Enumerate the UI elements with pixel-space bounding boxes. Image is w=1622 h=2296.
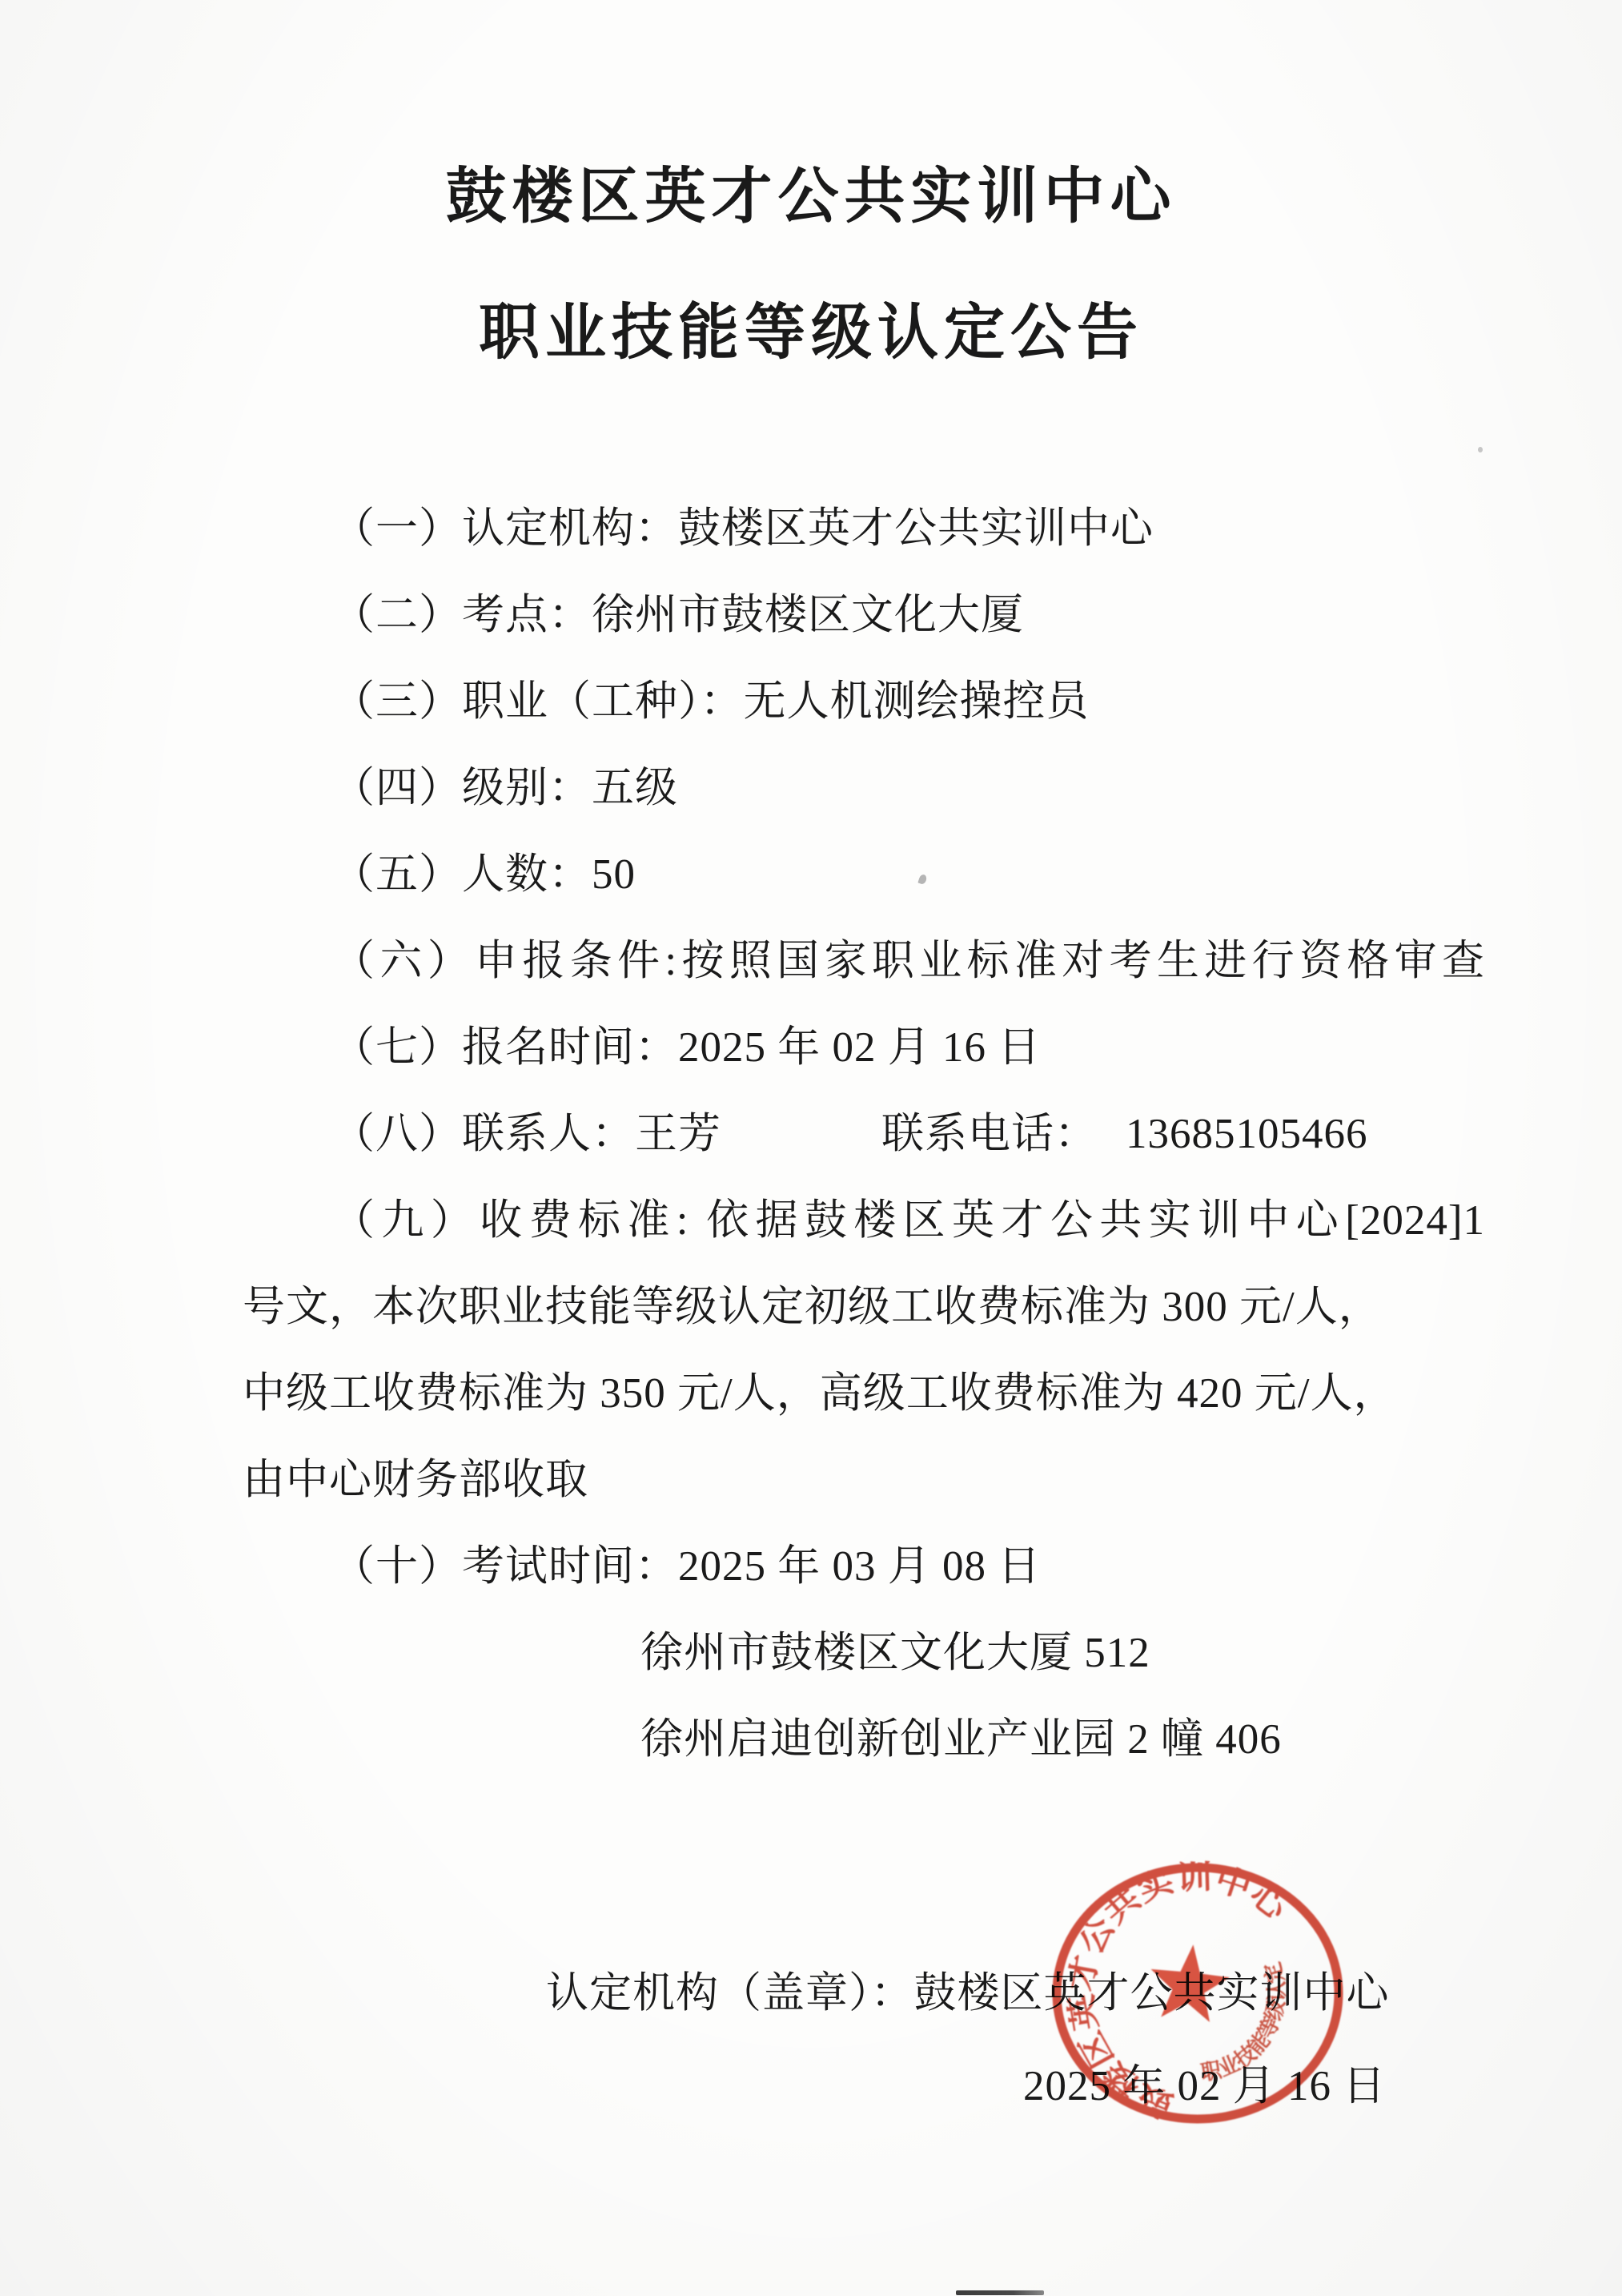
body-line-item-9: （九）收费标准: 依据鼓楼区英才公共实训中心[2024]1 bbox=[243, 1177, 1485, 1264]
body-line-item-9-cont-2: 中级工收费标准为 350 元/人，高级工收费标准为 420 元/人， bbox=[243, 1350, 1485, 1437]
page-title-line-2: 职业技能等级认定公告 bbox=[0, 301, 1622, 365]
body-line-item-2: （二）考点：徐州市鼓楼区文化大厦 bbox=[243, 572, 1485, 658]
document-body: （一）认定机构：鼓楼区英才公共实训中心 （二）考点：徐州市鼓楼区文化大厦 （三）… bbox=[243, 485, 1485, 2129]
body-line-item-8: （八）联系人：王芳联系电话：13685105466 bbox=[243, 1091, 1485, 1177]
body-line-item-6: （六）申报条件:按照国家职业标准对考生进行资格审查 bbox=[243, 918, 1485, 1004]
date-line: 2025 年 02 月 16 日 bbox=[243, 2043, 1485, 2129]
page-title-line-1: 鼓楼区英才公共实训中心 bbox=[0, 0, 1622, 229]
body-line-item-10: （十）考试时间：2025 年 03 月 08 日 bbox=[243, 1523, 1485, 1610]
body-line-item-9-cont-1: 号文，本次职业技能等级认定初级工收费标准为 300 元/人， bbox=[243, 1264, 1485, 1350]
signature-line: 认定机构（盖章）：鼓楼区英才公共实训中心 bbox=[243, 1950, 1485, 2037]
body-line-item-5: （五）人数：50 bbox=[243, 831, 1485, 918]
body-line-item-7: （七）报名时间：2025 年 02 月 16 日 bbox=[243, 1004, 1485, 1091]
body-line-item-3: （三）职业（工种）：无人机测绘操控员 bbox=[243, 658, 1485, 745]
announcement-document: 鼓楼区英才公共实训中心 职业技能等级认定公告 （一）认定机构：鼓楼区英才公共实训… bbox=[0, 0, 1622, 2296]
body-line-item-9-cont-3: 由中心财务部收取 bbox=[243, 1437, 1485, 1523]
photo-speck bbox=[1478, 447, 1483, 452]
exam-address-line-2: 徐州启迪创新创业产业园 2 幢 406 bbox=[243, 1696, 1485, 1783]
contact-phone-label: 联系电话： bbox=[881, 1111, 1098, 1157]
contact-phone-number: 13685105466 bbox=[1126, 1111, 1368, 1157]
bottom-edge-mark bbox=[956, 2290, 1044, 2295]
contact-person: （八）联系人：王芳 bbox=[332, 1111, 721, 1157]
exam-address-line-1: 徐州市鼓楼区文化大厦 512 bbox=[243, 1610, 1485, 1696]
body-line-item-1: （一）认定机构：鼓楼区英才公共实训中心 bbox=[243, 485, 1485, 572]
body-line-item-4: （四）级别：五级 bbox=[243, 745, 1485, 831]
